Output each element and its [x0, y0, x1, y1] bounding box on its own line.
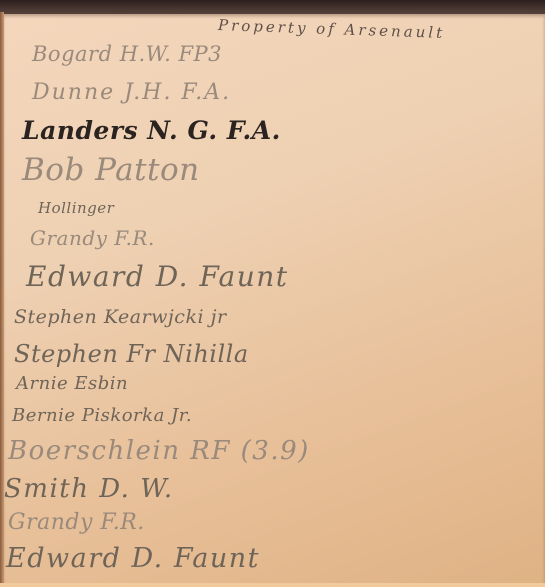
signature-entry-6: Grandy F.R.: [30, 226, 155, 250]
signature-entry-9: Stephen Fr Nihilla: [14, 340, 249, 368]
signature-entry-12: Boerschlein RF (3.9): [8, 436, 310, 466]
signature-entry-13: Smith D. W.: [4, 474, 174, 504]
signature-entry-15: Edward D. Faunt: [6, 543, 260, 574]
signature-entry-1: Bogard H.W. FP3: [32, 42, 222, 66]
signature-entry-2: Dunne J.H. F.A.: [32, 80, 231, 105]
signature-entry-8: Stephen Kearwjcki jr: [14, 306, 227, 328]
signature-entry-4: Bob Patton: [22, 152, 200, 188]
signature-entry-11: Bernie Piskorka Jr.: [12, 405, 192, 426]
signature-entry-5: Hollinger: [38, 199, 114, 217]
sheet-bottom-edge: [0, 583, 545, 587]
signature-entry-10: Arnie Esbin: [16, 373, 128, 394]
signature-entry-3: Landers N. G. F.A.: [22, 116, 281, 145]
signature-entry-7: Edward D. Faunt: [26, 260, 289, 293]
signature-entry-14: Grandy F.R.: [8, 510, 145, 535]
